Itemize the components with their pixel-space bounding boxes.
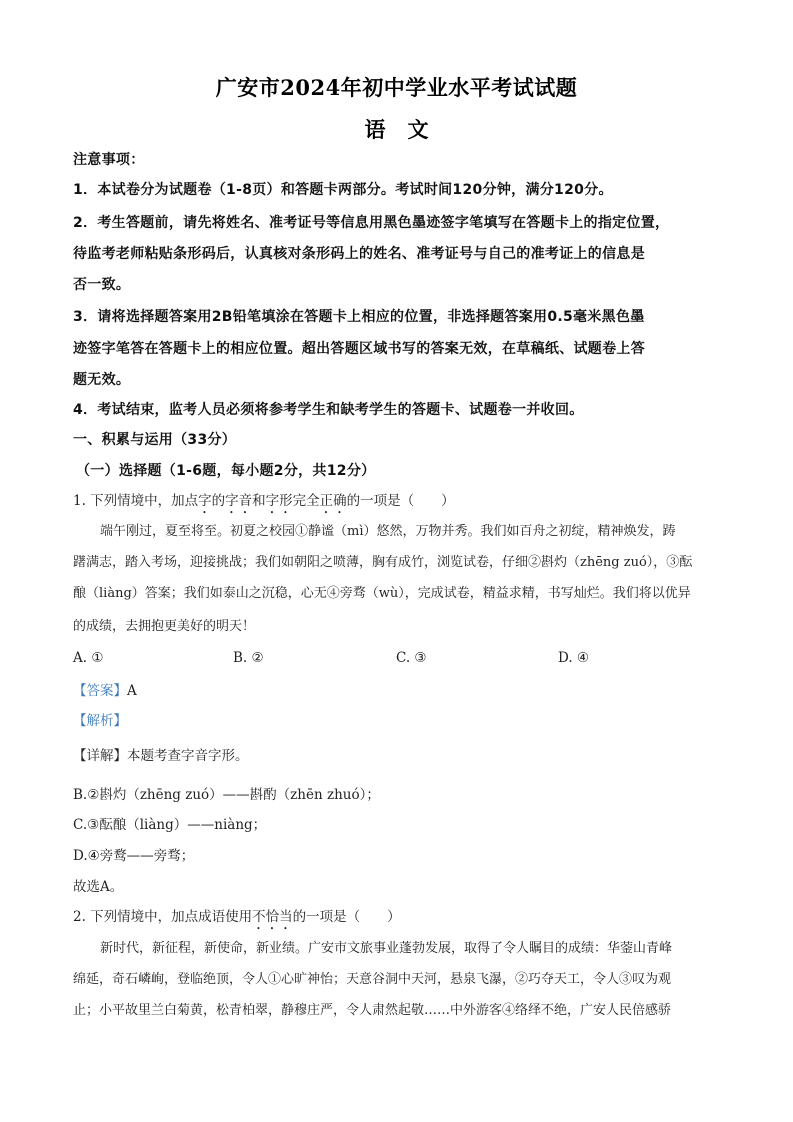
q1-explanation-b: B.②斟灼（zhēng zuó）——斟酌（zhēn zhuó）； [73,785,723,805]
detail-text: 本题考查字音字形。 [127,748,249,764]
q1-option-b[interactable]: B. ② [233,650,264,666]
exam-page: 广安市2024年初中学业水平考试试题 语文 注意事项： 1．本试卷分为试题卷（1… [0,0,793,1122]
q1-stem-dotted: 正确 [320,493,347,509]
notice-item-1: 1．本试卷分为试题卷（1-8页）和答题卡两部分。考试时间120分钟，满分120分… [73,180,723,200]
q1-stem-dotted: 字音 [225,493,252,509]
q1-stem-text: 1. 下列情境中，加点 [73,493,198,509]
analysis-label: 【解析】 [73,713,127,729]
q1-passage-line-1: 端午刚过，夏至将至。初夏之校园①静谧（mì）悠然，万物并秀。我们如百舟之初绽，精… [100,522,750,542]
q1-stem-dotted: 字 [198,493,212,509]
document-subject: 语文 [0,114,793,144]
q2-passage-line-2: 绵延，奇石嶙峋，登临绝顶，令人①心旷神怡；天意谷洞中天河，悬泉飞瀑，②巧夺天工，… [73,970,723,990]
answer-value: A [127,683,137,699]
notice-item-4: 4．考试结束，监考人员必须将参考学生和缺考学生的答题卡、试题卷一并收回。 [73,400,723,420]
q2-passage-line-1: 新时代，新征程，新使命，新业绩。广安市文旅事业蓬勃发展，取得了令人瞩目的成绩：华… [100,939,750,959]
q1-explanation-d: D.④旁鹜——旁骛； [73,846,723,866]
notice-item-2-cont: 待监考老师粘贴条形码后，认真核对条形码上的姓名、准考证号与自己的准考证上的信息是 [73,244,723,264]
notice-item-2-end: 否一致。 [73,275,723,295]
q1-option-c[interactable]: C. ③ [396,650,427,666]
section-heading: 一、积累与运用（33分） [73,430,723,450]
q1-answer: 【答案】A [73,681,723,701]
q1-analysis: 【解析】 [73,711,723,731]
detail-label: 【详解】 [73,748,127,764]
q2-stem-dotted: 不恰当 [252,909,293,925]
q1-conclusion: 故选A。 [73,877,723,897]
q1-stem: 1. 下列情境中，加点字的字音和字形完全正确的一项是（ ） [73,491,723,517]
q1-stem-text: 的 [212,493,226,509]
q1-detail: 【详解】本题考查字音字形。 [73,746,723,766]
notice-item-3-cont: 迹签字笔答在答题卡上的相应位置。超出答题区域书写的答案无效，在草稿纸、试题卷上答 [73,339,723,359]
q1-passage-line-3: 酿（liàng）答案；我们如泰山之沉稳，心无④旁骛（wù），完成试卷，精益求精，… [73,584,723,604]
q2-stem-text: 的一项是（ ） [293,909,401,925]
q1-explanation-c: C.③酝酿（liàng）——niàng； [73,815,723,835]
notice-heading: 注意事项： [73,150,723,170]
q1-stem-text: 和 [252,493,266,509]
notice-item-3-end: 题无效。 [73,370,723,390]
q1-option-a[interactable]: A. ① [73,650,103,666]
notice-item-2: 2．考生答题前，请先将姓名、准考证号等信息用黑色墨迹签字笔填写在答题卡上的指定位… [73,213,723,233]
q1-stem-text: 完全 [293,493,320,509]
document-title: 广安市2024年初中学业水平考试试题 [0,72,793,102]
q2-stem-text: 2. 下列情境中，加点成语使用 [73,909,252,925]
q1-passage-line-4: 的成绩，去拥抱更美好的明天！ [73,617,723,637]
section-subheading: （一）选择题（1-6题，每小题2分，共12分） [76,461,726,481]
q1-option-d[interactable]: D. ④ [558,650,589,666]
q1-stem-dotted: 字形 [266,493,293,509]
answer-label: 【答案】 [73,683,127,699]
q1-passage-line-2: 躇满志，踏入考场，迎接挑战；我们如朝阳之喷薄，胸有成竹，浏览试卷，仔细②斟灼（z… [73,553,723,573]
q2-passage-line-3: 止；小平故里兰白菊黄，松青柏翠，静穆庄严，令人肃然起敬……中外游客④络绎不绝，广… [73,1001,723,1021]
notice-item-3: 3．请将选择题答案用2B铅笔填涂在答题卡上相应的位置，非选择题答案用0.5毫米黑… [73,307,723,327]
q1-stem-text: 的一项是（ ） [347,493,455,509]
q2-stem: 2. 下列情境中，加点成语使用不恰当的一项是（ ） [73,907,723,933]
